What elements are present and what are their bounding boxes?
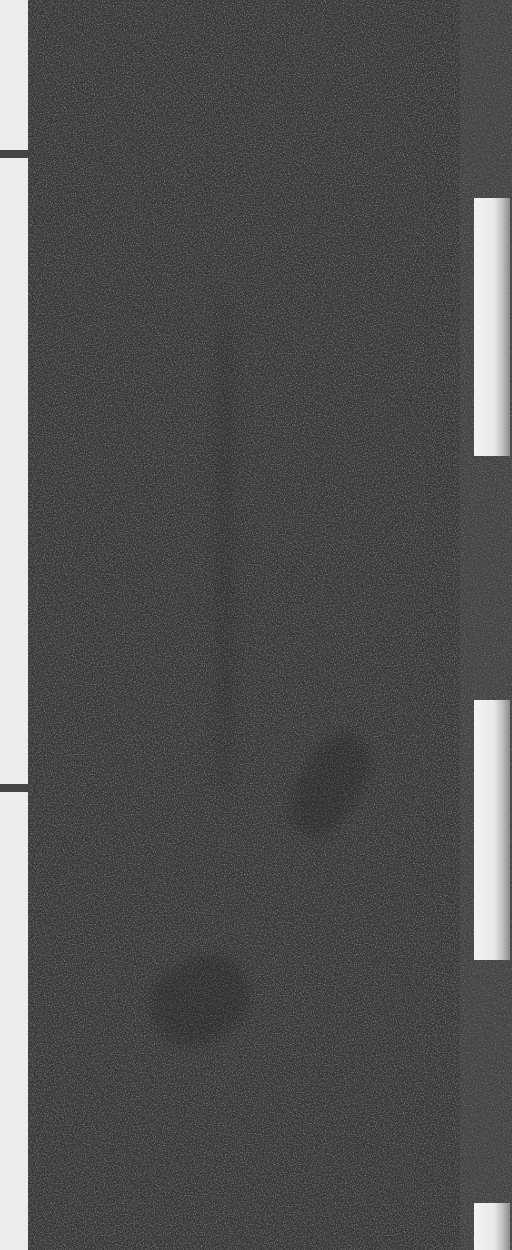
lane-dash-1 <box>474 198 510 456</box>
left-edge-line-1 <box>0 0 28 150</box>
road-photo <box>0 0 512 1250</box>
left-edge-line-3 <box>0 792 28 1250</box>
left-edge-line-2 <box>0 158 28 784</box>
lane-dash-3 <box>474 1203 510 1250</box>
lane-dash-2 <box>474 700 510 960</box>
oil-stain <box>215 300 235 800</box>
edge-line-break <box>0 150 28 158</box>
asphalt-texture <box>0 0 512 1250</box>
edge-line-break <box>0 784 28 792</box>
